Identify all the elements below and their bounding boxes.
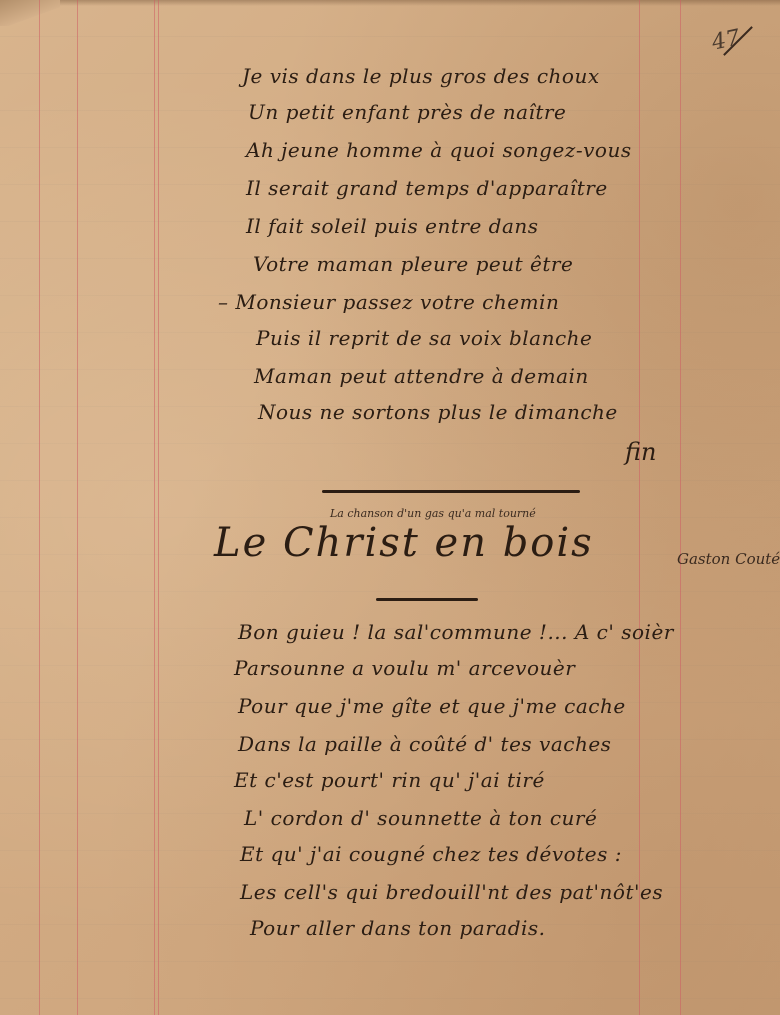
end-mark: fin (625, 438, 656, 466)
poem-line: Il fait soleil puis entre dans (246, 214, 539, 238)
poem-line: Un petit enfant près de naître (248, 100, 566, 124)
poem-line: Votre maman pleure peut être (253, 252, 573, 276)
margin-line (680, 0, 681, 1015)
poem-line: L' cordon d' sounnette à ton curé (244, 806, 597, 830)
poem-line: Puis il reprit de sa voix blanche (256, 326, 592, 350)
poem-line: Les cell's qui bredouill'nt des pat'nôt'… (240, 880, 663, 904)
page-top-shadow (0, 0, 780, 6)
margin-line (639, 0, 640, 1015)
poem-line: Maman peut attendre à demain (254, 364, 589, 388)
poem-line: Et c'est pourt' rin qu' j'ai tiré (234, 768, 545, 792)
margin-line (158, 0, 159, 1015)
title-rule-top (322, 490, 580, 493)
poem-line: Pour aller dans ton paradis. (250, 916, 546, 940)
margin-line (77, 0, 78, 1015)
margin-line (154, 0, 155, 1015)
poem-line: Ah jeune homme à quoi songez-vous (246, 138, 632, 162)
title-rule-bottom (376, 598, 478, 601)
poem-subtitle: La chanson d'un gas qu'a mal tourné (330, 507, 536, 520)
torn-corner (0, 0, 60, 26)
poem-line: – Monsieur passez votre chemin (218, 290, 559, 314)
poem-line: Et qu' j'ai cougné chez tes dévotes : (240, 842, 622, 866)
poem-line: Dans la paille à coûté d' tes vaches (238, 732, 611, 756)
poem-author: Gaston Couté (677, 550, 780, 568)
poem-line: Bon guieu ! la sal'commune !... A c' soi… (238, 620, 674, 644)
margin-line (39, 0, 40, 1015)
poem-line: Je vis dans le plus gros des choux (242, 64, 600, 88)
manuscript-page: 47 Je vis dans le plus gros des choux Un… (0, 0, 780, 1015)
poem-line: Pour que j'me gîte et que j'me cache (238, 694, 626, 718)
poem-line: Il serait grand temps d'apparaître (246, 176, 608, 200)
poem-line: Parsounne a voulu m' arcevouèr (234, 656, 575, 680)
poem-line: Nous ne sortons plus le dimanche (258, 400, 618, 424)
poem-title: Le Christ en bois (214, 520, 594, 566)
